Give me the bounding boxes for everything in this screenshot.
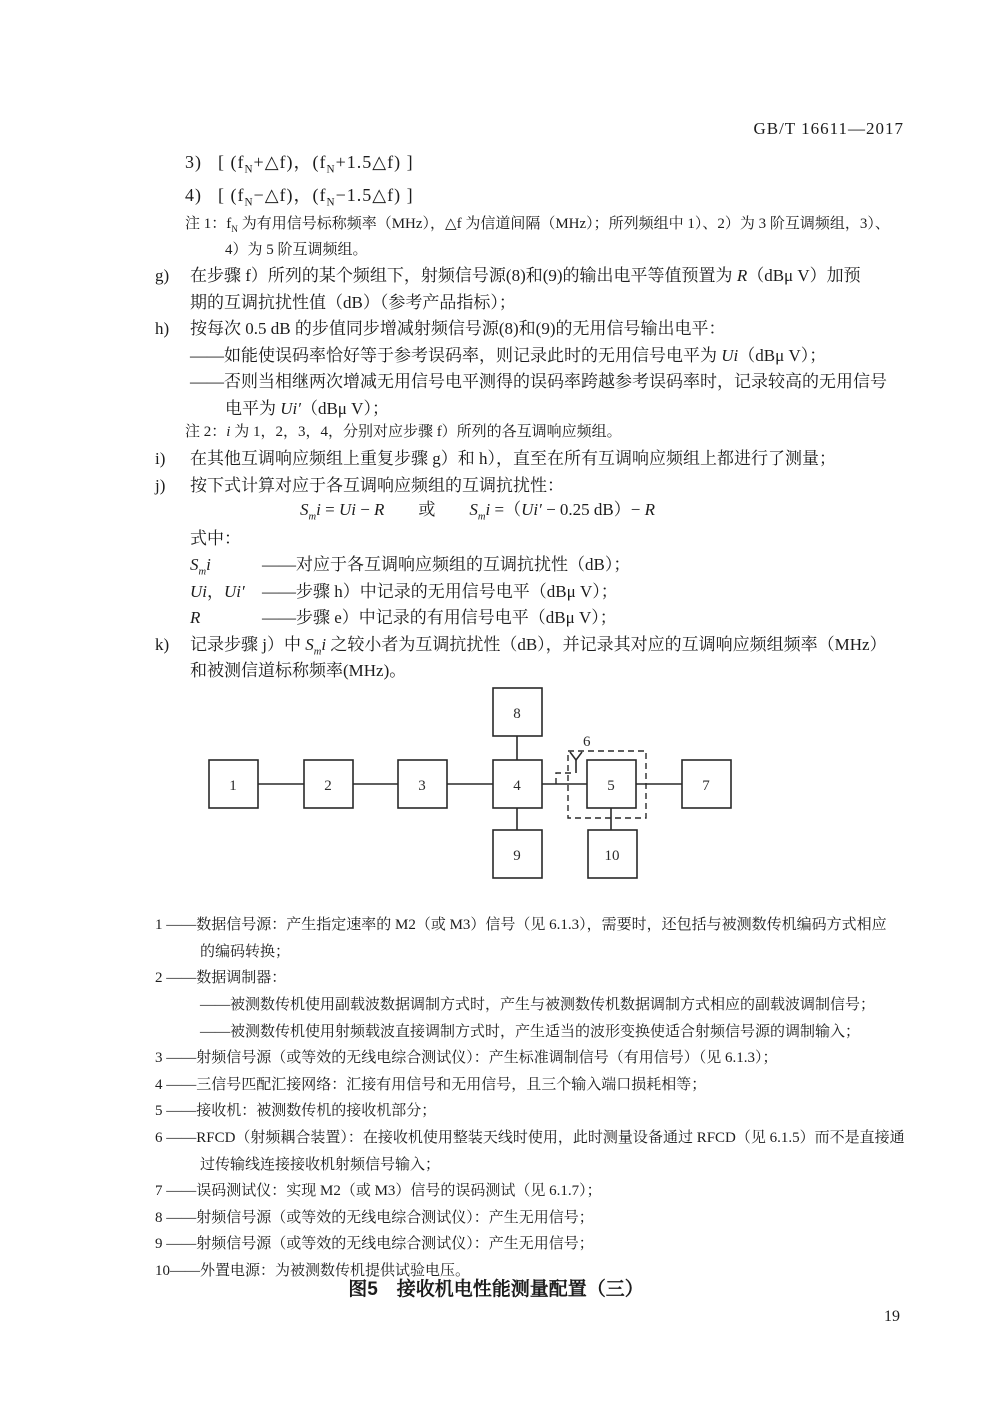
svg-text:8: 8	[513, 706, 521, 722]
legend-item-2: 2 ——数据调制器：	[155, 966, 286, 990]
note1-line-2: 4）为 5 阶互调频组。	[225, 238, 368, 262]
step-text: 记录步骤 j）中 Smi 之较小者为互调抗扰性（dB），并记录其对应的互调响应频…	[190, 635, 887, 654]
diagram-box-4: 4	[493, 760, 542, 808]
antenna-icon	[570, 752, 582, 773]
step-label: i)	[155, 447, 190, 471]
step-h-bullet-1: ——如能使误码率恰好等于参考误码率，则记录此时的无用信号电平为 Ui（dBμ V…	[190, 344, 826, 368]
freq-group-item-4: 4)[ (fN−△f)，(fN−1.5△f) ]	[185, 183, 414, 215]
definition-desc: ——对应于各互调响应频组的互调抗扰性（dB）；	[262, 555, 630, 574]
document-page: GB/T 16611—2017 3)[ (fN+△f)，(fN+1.5△f) ]…	[0, 0, 992, 1402]
legend-item-1: 1 ——数据信号源：产生指定速率的 M2（或 M3）信号（见 6.1.3），需要…	[155, 913, 887, 937]
note2: 注 2：i 为 1，2，3，4，分别对应步骤 f）所列的各互调响应频组。	[185, 420, 622, 444]
definition-term: Ui，Ui′	[190, 580, 262, 604]
definition-desc: ——步骤 e）中记录的有用信号电平（dBμ V）；	[262, 608, 617, 627]
step-g-line-2: 期的互调抗扰性值（dB）（参考产品指标）；	[190, 291, 516, 315]
step-i-line: i)在其他互调响应频组上重复步骤 g）和 h），直至在所有互调响应频组上都进行了…	[155, 447, 836, 471]
doc-number: GB/T 16611—2017	[753, 119, 904, 139]
svg-text:4: 4	[513, 778, 521, 794]
diagram-box-2: 2	[304, 760, 353, 808]
rfcd-label: 6	[583, 734, 591, 750]
step-j-line: j)按下式计算对应于各互调响应频组的互调抗扰性：	[155, 474, 564, 498]
where-label: 式中：	[190, 527, 241, 551]
freq-group-item-3: 3)[ (fN+△f)，(fN+1.5△f) ]	[185, 150, 414, 182]
legend-item-2-sub1: ——被测数传机使用副载波数据调制方式时，产生与被测数传机数据调制方式相应的副载波…	[200, 993, 875, 1017]
legend-item-5: 5 ——接收机：被测数传机的接收机部分；	[155, 1099, 436, 1123]
step-text: 按下式计算对应于各互调响应频组的互调抗扰性：	[190, 476, 564, 495]
item-label: 4)	[185, 183, 218, 207]
step-h-bullet-2-line-1: ——否则当相继两次增减无用信号电平测得的误码率跨越参考误码率时，记录较高的无用信…	[190, 370, 887, 394]
item-label: 3)	[185, 150, 218, 174]
diagram-box-1: 1	[209, 760, 258, 808]
step-h-line-1: h)按每次 0.5 dB 的步值同步增减射频信号源(8)和(9)的无用信号输出电…	[155, 317, 725, 341]
diagram-box-3: 3	[398, 760, 447, 808]
step-h-bullet-2-line-2: 电平为 Ui′（dBμ V）；	[225, 397, 389, 421]
step-text: 按每次 0.5 dB 的步值同步增减射频信号源(8)和(9)的无用信号输出电平：	[190, 319, 725, 338]
svg-text:2: 2	[324, 778, 332, 794]
step-label: h)	[155, 317, 190, 341]
legend-item-8: 8 ——射频信号源（或等效的无线电综合测试仪）：产生无用信号；	[155, 1206, 594, 1230]
legend-item-1-cont: 的编码转换；	[200, 940, 290, 964]
legend-item-6: 6 ——RFCD（射频耦合装置）：在接收机使用整装天线时使用，此时测量设备通过 …	[155, 1126, 905, 1150]
item-text: [ (fN+△f)，(fN+1.5△f) ]	[218, 152, 414, 172]
step-text: 在其他互调响应频组上重复步骤 g）和 h），直至在所有互调响应频组上都进行了测量…	[190, 449, 836, 468]
diagram-box-9: 9	[493, 830, 542, 878]
step-label: k)	[155, 633, 190, 657]
svg-text:9: 9	[513, 848, 521, 864]
definition-desc: ——步骤 h）中记录的无用信号电平（dBμ V）；	[262, 582, 618, 601]
diagram-box-10: 10	[588, 830, 637, 878]
diagram-box-7: 7	[682, 760, 731, 808]
definition-row: R——步骤 e）中记录的有用信号电平（dBμ V）；	[190, 606, 617, 630]
definition-row: Ui，Ui′——步骤 h）中记录的无用信号电平（dBμ V）；	[190, 580, 618, 604]
svg-text:3: 3	[418, 778, 426, 794]
figure-caption: 图5 接收机电性能测量配置（三）	[0, 1274, 992, 1301]
diagram-box-5: 5	[587, 760, 636, 808]
legend-item-4: 4 ——三信号匹配汇接网络：汇接有用信号和无用信号，且三个输入端口损耗相等；	[155, 1073, 706, 1097]
svg-text:1: 1	[229, 778, 237, 794]
svg-text:10: 10	[605, 848, 620, 864]
intermodulation-formula: Smi = Ui − R 或 Smi =（Ui′ − 0.25 dB）− R	[300, 498, 655, 529]
step-label: j)	[155, 474, 190, 498]
legend-item-9: 9 ——射频信号源（或等效的无线电综合测试仪）：产生无用信号；	[155, 1232, 594, 1256]
measurement-setup-diagram: 6 1 2 3 4 5 7	[0, 680, 992, 892]
svg-text:5: 5	[607, 778, 615, 794]
step-text: 在步骤 f）所列的某个频组下，射频信号源(8)和(9)的输出电平等值预置为 R（…	[190, 266, 861, 285]
step-label: g)	[155, 264, 190, 288]
diagram-box-8: 8	[493, 688, 542, 736]
rfcd-dashed-tap	[556, 773, 574, 784]
legend-item-3: 3 ——射频信号源（或等效的无线电综合测试仪）：产生标准调制信号（有用信号）（见…	[155, 1046, 778, 1070]
definition-term: R	[190, 606, 262, 630]
svg-text:7: 7	[702, 778, 710, 794]
legend-item-6-cont: 过传输线连接接收机射频信号输入；	[200, 1153, 440, 1177]
legend-item-7: 7 ——误码测试仪：实现 M2（或 M3）信号的误码测试（见 6.1.7）；	[155, 1179, 602, 1203]
item-text: [ (fN−△f)，(fN−1.5△f) ]	[218, 185, 414, 205]
legend-item-2-sub2: ——被测数传机使用射频载波直接调制方式时，产生适当的波形变换使适合射频信号源的调…	[200, 1020, 860, 1044]
page-number: 19	[884, 1308, 900, 1326]
step-g-line-1: g)在步骤 f）所列的某个频组下，射频信号源(8)和(9)的输出电平等值预置为 …	[155, 264, 861, 288]
